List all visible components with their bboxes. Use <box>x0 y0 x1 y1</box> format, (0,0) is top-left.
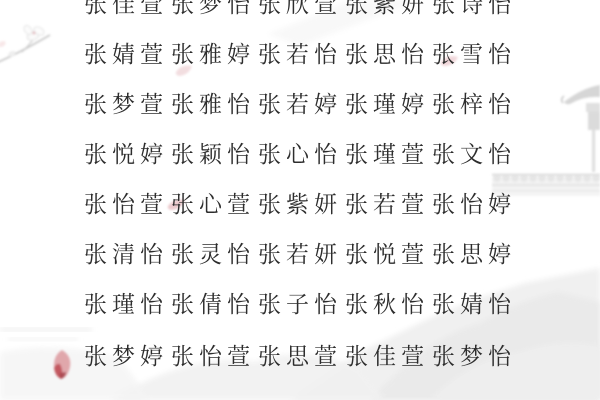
name-row: 张瑾怡 张倩怡 张子怡 张秋怡 张婧怡 <box>84 291 516 318</box>
name-item: 张雅怡 <box>171 91 255 118</box>
names-grid: 张佳萱 张梦怡 张欣萱 张紫妍 张诗怡 张婧萱 张雅婷 张若怡 张思怡 张雪怡 … <box>0 0 600 400</box>
name-item: 张梦怡 <box>171 0 255 18</box>
name-item: 张怡萱 <box>171 343 255 370</box>
name-item: 张思萱 <box>258 343 342 370</box>
name-item: 张若婷 <box>258 91 342 118</box>
name-item: 张倩怡 <box>171 291 255 318</box>
name-item: 张梦萱 <box>84 91 168 118</box>
name-item: 张婧怡 <box>432 291 516 318</box>
name-item: 张悦婷 <box>84 141 168 168</box>
name-item: 张瑾萱 <box>345 141 429 168</box>
name-item: 张悦萱 <box>345 241 429 268</box>
name-item: 张颖怡 <box>171 141 255 168</box>
name-item: 张怡婷 <box>432 191 516 218</box>
name-row: 张怡萱 张心萱 张紫妍 张若萱 张怡婷 <box>84 191 516 218</box>
name-item: 张紫妍 <box>258 191 342 218</box>
name-item: 张瑾怡 <box>84 291 168 318</box>
name-item: 张诗怡 <box>432 0 516 18</box>
name-row: 张梦婷 张怡萱 张思萱 张佳萱 张梦怡 <box>84 343 516 370</box>
name-item: 张清怡 <box>84 241 168 268</box>
name-item: 张心萱 <box>171 191 255 218</box>
name-item: 张怡萱 <box>84 191 168 218</box>
name-item: 张欣萱 <box>258 0 342 18</box>
name-item: 张佳萱 <box>345 343 429 370</box>
name-row: 张婧萱 张雅婷 张若怡 张思怡 张雪怡 <box>84 41 516 68</box>
name-item: 张秋怡 <box>345 291 429 318</box>
name-row: 张悦婷 张颖怡 张心怡 张瑾萱 张文怡 <box>84 141 516 168</box>
name-item: 张子怡 <box>258 291 342 318</box>
name-item: 张婧萱 <box>84 41 168 68</box>
name-row: 张佳萱 张梦怡 张欣萱 张紫妍 张诗怡 <box>84 0 516 18</box>
name-item: 张雪怡 <box>432 41 516 68</box>
name-item: 张梦怡 <box>432 343 516 370</box>
name-item: 张若妍 <box>258 241 342 268</box>
name-item: 张文怡 <box>432 141 516 168</box>
name-row: 张清怡 张灵怡 张若妍 张悦萱 张思婷 <box>84 241 516 268</box>
name-item: 张梓怡 <box>432 91 516 118</box>
name-item: 张梦婷 <box>84 343 168 370</box>
name-item: 张心怡 <box>258 141 342 168</box>
name-item: 张思怡 <box>345 41 429 68</box>
name-item: 张灵怡 <box>171 241 255 268</box>
name-item: 张雅婷 <box>171 41 255 68</box>
name-item: 张若萱 <box>345 191 429 218</box>
names-page: 张佳萱 张梦怡 张欣萱 张紫妍 张诗怡 张婧萱 张雅婷 张若怡 张思怡 张雪怡 … <box>0 0 600 400</box>
name-item: 张瑾婷 <box>345 91 429 118</box>
name-row: 张梦萱 张雅怡 张若婷 张瑾婷 张梓怡 <box>84 91 516 118</box>
name-item: 张思婷 <box>432 241 516 268</box>
name-item: 张若怡 <box>258 41 342 68</box>
name-item: 张佳萱 <box>84 0 168 18</box>
name-item: 张紫妍 <box>345 0 429 18</box>
